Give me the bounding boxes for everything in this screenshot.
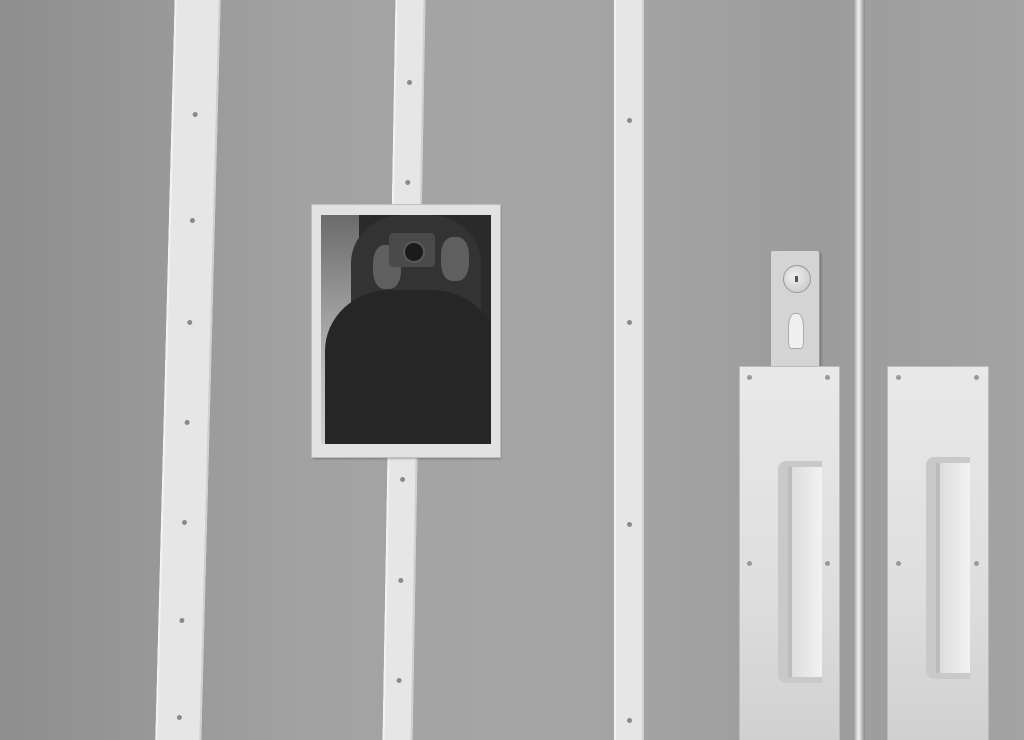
screw bbox=[896, 375, 901, 380]
push-plate-left bbox=[739, 366, 840, 740]
lock-cylinder-icon bbox=[783, 265, 811, 293]
rivet bbox=[181, 520, 186, 525]
push-plate-right bbox=[887, 366, 989, 740]
screw bbox=[896, 561, 901, 566]
rivet bbox=[627, 118, 632, 123]
screw bbox=[747, 375, 752, 380]
rivet bbox=[176, 715, 181, 720]
rivet bbox=[184, 420, 189, 425]
camera-icon bbox=[389, 233, 435, 267]
reflected-hand bbox=[441, 237, 469, 281]
lens bbox=[403, 241, 425, 263]
rivet bbox=[187, 320, 192, 325]
reflected-person bbox=[325, 290, 491, 444]
screw bbox=[825, 375, 830, 380]
vertical-strip-3 bbox=[614, 0, 644, 740]
rivet bbox=[398, 578, 403, 583]
rivet bbox=[627, 522, 632, 527]
door-pull-handle[interactable] bbox=[926, 457, 970, 679]
rivet bbox=[396, 678, 401, 683]
vertical-strip-1 bbox=[155, 0, 220, 740]
screw bbox=[974, 561, 979, 566]
keyhole bbox=[795, 276, 798, 282]
rivet bbox=[400, 477, 405, 482]
photo-scene bbox=[0, 0, 1024, 740]
screw bbox=[825, 561, 830, 566]
rivet bbox=[627, 718, 632, 723]
rivet bbox=[192, 112, 197, 117]
rivet bbox=[405, 180, 410, 185]
mirror-reflection bbox=[321, 215, 491, 444]
lock-plate bbox=[770, 250, 820, 374]
rivet bbox=[406, 80, 411, 85]
door-seam bbox=[853, 0, 865, 740]
rivet bbox=[189, 218, 194, 223]
rivet bbox=[627, 320, 632, 325]
thumb-turn bbox=[788, 313, 804, 349]
door-pull-handle[interactable] bbox=[778, 461, 822, 683]
rivet bbox=[179, 618, 184, 623]
wall-mirror bbox=[312, 205, 500, 457]
screw bbox=[974, 375, 979, 380]
screw bbox=[747, 561, 752, 566]
